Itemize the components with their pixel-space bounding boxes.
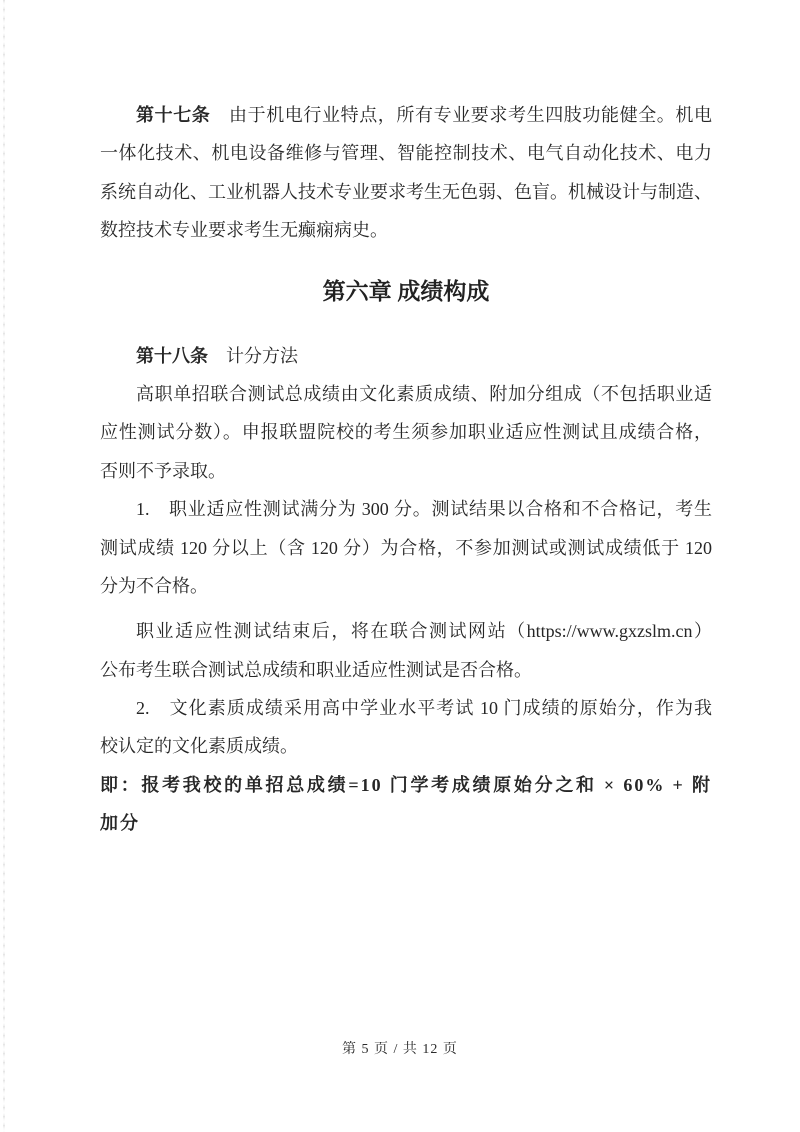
bold-text: 第十八条: [136, 346, 208, 366]
body-text: 测试成绩 120 分以上（含 120 分）为合格，不参加测试或测试成绩低于 12…: [100, 538, 712, 558]
bold-text: 即：报考我校的单招总成绩=10 门学考成绩原始分之和 × 60% + 附加分: [100, 775, 712, 833]
para-aptitude-test: 1. 职业适应性测试满分为 300 分。测试结果以合格和不合格记，考生测试成绩 …: [100, 490, 712, 605]
document-page: 第十七条 由于机电行业特点，所有专业要求考生四肢功能健全。机电一体化技术、机电设…: [0, 0, 800, 1132]
body-text: 2. 文化素质成绩采用高中学业水平考试 10 门成绩的原始分，作为我: [136, 698, 712, 718]
body-text: 职业适应性测试结束后，将在联合测试网站（https://www.gxzslm.c…: [136, 621, 712, 641]
body-text: 校认定的文化素质成绩。: [100, 736, 298, 756]
text-line: 一体化技术、机电设备维修与管理、智能控制技术、电气自动化技术、电力: [100, 134, 712, 172]
body-text: 数控技术专业要求考生无癫痫病史。: [100, 220, 388, 240]
body-text: 由于机电行业特点，所有专业要求考生四肢功能健全。机电: [210, 105, 712, 125]
body-text: 计分方法: [208, 346, 298, 366]
para-culture-quality-score: 2. 文化素质成绩采用高中学业水平考试 10 门成绩的原始分，作为我校认定的文化…: [100, 689, 712, 766]
text-line: 数控技术专业要求考生无癫痫病史。: [100, 211, 712, 249]
text-line: 系统自动化、工业机器人技术专业要求考生无色弱、色盲。机械设计与制造、: [100, 173, 712, 211]
text-line: 职业适应性测试结束后，将在联合测试网站（https://www.gxzslm.c…: [100, 612, 712, 650]
text-line: 第十七条 由于机电行业特点，所有专业要求考生四肢功能健全。机电: [100, 96, 712, 134]
text-line: 公布考生联合测试总成绩和职业适应性测试是否合格。: [100, 651, 712, 689]
para-total-score-composition: 高职单招联合测试总成绩由文化素质成绩、附加分组成（不包括职业适应性测试分数）。申…: [100, 375, 712, 490]
article-17: 第十七条 由于机电行业特点，所有专业要求考生四肢功能健全。机电一体化技术、机电设…: [100, 96, 712, 250]
bold-text: 第十七条: [136, 105, 210, 125]
body-text: 否则不予录取。: [100, 461, 226, 481]
scan-edge-artifact: [3, 0, 5, 1132]
text-line: 校认定的文化素质成绩。: [100, 727, 712, 765]
text-line: 2. 文化素质成绩采用高中学业水平考试 10 门成绩的原始分，作为我: [100, 689, 712, 727]
text-line: 高职单招联合测试总成绩由文化素质成绩、附加分组成（不包括职业适: [100, 375, 712, 413]
body-text: 分为不合格。: [100, 576, 208, 596]
body-text: 1. 职业适应性测试满分为 300 分。测试结果以合格和不合格记，考生: [136, 499, 712, 519]
body-text: 应性测试分数）。申报联盟院校的考生须参加职业适应性测试且成绩合格，: [100, 422, 712, 442]
text-line: 应性测试分数）。申报联盟院校的考生须参加职业适应性测试且成绩合格，: [100, 413, 712, 451]
chapter-6-heading: 第六章 成绩构成: [100, 272, 712, 312]
body-text: 一体化技术、机电设备维修与管理、智能控制技术、电气自动化技术、电力: [100, 143, 712, 163]
text-line: 否则不予录取。: [100, 452, 712, 490]
text-line: 分为不合格。: [100, 567, 712, 605]
text-line: 即：报考我校的单招总成绩=10 门学考成绩原始分之和 × 60% + 附加分: [100, 766, 712, 804]
para-test-result-website: 职业适应性测试结束后，将在联合测试网站（https://www.gxzslm.c…: [100, 612, 712, 689]
body-text: 高职单招联合测试总成绩由文化素质成绩、附加分组成（不包括职业适: [136, 384, 712, 404]
page-number: 第 5 页 / 共 12 页: [342, 1042, 458, 1057]
article-18: 第十八条 计分方法: [100, 337, 712, 375]
body-text: 系统自动化、工业机器人技术专业要求考生无色弱、色盲。机械设计与制造、: [100, 182, 712, 202]
text-line: 第十八条 计分方法: [100, 337, 712, 375]
body-text: 公布考生联合测试总成绩和职业适应性测试是否合格。: [100, 660, 532, 680]
text-line: 测试成绩 120 分以上（含 120 分）为合格，不参加测试或测试成绩低于 12…: [100, 529, 712, 567]
page-footer: 第 5 页 / 共 12 页: [0, 1038, 800, 1058]
text-line: 1. 职业适应性测试满分为 300 分。测试结果以合格和不合格记，考生: [100, 490, 712, 528]
document-content: 第十七条 由于机电行业特点，所有专业要求考生四肢功能健全。机电一体化技术、机电设…: [100, 96, 712, 804]
para-formula: 即：报考我校的单招总成绩=10 门学考成绩原始分之和 × 60% + 附加分: [100, 766, 712, 804]
